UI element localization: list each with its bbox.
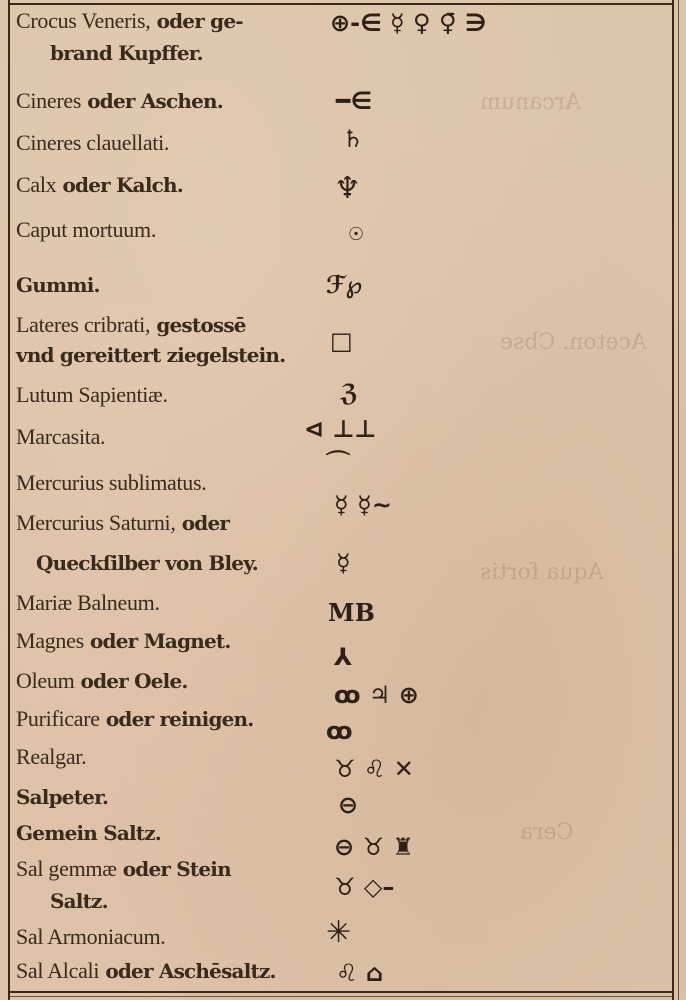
alchemical-symbols-copper: ⊕-∈ ☿ ♀ ♀̄ ∋ [330, 10, 486, 36]
entry-lateres-cribrati-cont: vnd gereittert ziegelstein. [16, 342, 285, 368]
alchemical-symbol-sal-ammoniac: ✳ [326, 920, 351, 946]
entry-latin: Realgar. [16, 744, 86, 769]
entry-sal-alcali: Sal Alcali oder Aschēsaltz. [16, 958, 276, 984]
entry-german: Saltz. [50, 889, 108, 913]
entry-german: oder Aschen. [81, 89, 223, 113]
alchemical-symbols-alkali-salt: ♌ ⌂ [336, 960, 383, 986]
right-border-rule [672, 0, 674, 1000]
entry-german: brand Kupffer. [50, 41, 203, 65]
entry-latin: Marcasita. [16, 424, 105, 449]
alchemical-symbol-sublimate: ⌒ [326, 450, 350, 476]
entry-lateres-cribrati: Lateres cribrati, gestossē [16, 312, 246, 338]
entry-mariae-balneum: Mariæ Balneum. [16, 590, 160, 616]
entry-german: oder Magnet. [84, 629, 231, 653]
entry-german: Queckſilber von Bley. [36, 551, 258, 575]
entry-german: Gemein Saltz. [16, 821, 161, 845]
entry-latin: Sal Alcali [16, 958, 99, 983]
entry-salpeter: Salpeter. [16, 784, 108, 810]
bottom-border-rule-inner [8, 996, 672, 997]
entry-mercurius-saturni-cont: Queckſilber von Bley. [36, 550, 258, 576]
bleed-through-text: Arcanum [480, 90, 581, 115]
entry-mercurius-saturni: Mercurius Saturni, oder [16, 510, 229, 536]
alchemical-symbol-saltpeter: ⊖ [338, 792, 358, 818]
entry-purificare: Purificare oder reinigen. [16, 706, 253, 732]
entry-german: vnd gereittert ziegelstein. [16, 343, 285, 367]
entry-mercurius-sublimatus: Mercurius sublimatus. [16, 470, 206, 496]
entry-latin: Mariæ Balneum. [16, 590, 160, 615]
entry-realgar: Realgar. [16, 744, 86, 770]
alchemical-symbol-quicksilver-lead: ☿ [336, 550, 351, 576]
alchemical-symbol-brick: □ [330, 328, 353, 354]
entry-latin: Mercurius sublimatus. [16, 470, 206, 495]
book-page: Arcanum Aceton. Cbse Aqua fortis Cera Cr… [0, 0, 686, 1000]
alchemical-symbol-lime: ♆ [334, 176, 361, 202]
entry-latin: Cineres clauellati. [16, 130, 169, 155]
left-border-rule [8, 0, 10, 1000]
bleed-through-text: Aqua fortis [480, 560, 603, 585]
entry-calx: Calx oder Kalch. [16, 172, 183, 198]
entry-sal-gemmae-cont: Saltz. [50, 888, 108, 914]
entry-latin: Lateres cribrati, [16, 312, 150, 337]
alchemical-symbol-ashes: ━∈ [336, 88, 372, 114]
entry-german: oder [176, 511, 230, 535]
entry-latin: Sal Armoniacum. [16, 924, 165, 949]
top-border-rule [8, 3, 672, 5]
entry-german: oder Oele. [74, 669, 187, 693]
entry-cineres-clauellati: Cineres clauellati. [16, 130, 169, 156]
entry-cineres: Cineres oder Aschen. [16, 88, 223, 114]
alchemical-symbol-cineres-clauellati: ♄ [342, 126, 364, 152]
entry-latin: Crocus Veneris, [16, 8, 150, 33]
entry-latin: Mercurius Saturni, [16, 510, 176, 535]
entry-latin: Purificare [16, 706, 100, 731]
alchemical-symbols-marcasite: ⊲ ⊥⊥ [304, 416, 376, 442]
entry-oleum: Oleum oder Oele. [16, 668, 188, 694]
right-border-rule-outer [678, 0, 679, 1000]
entry-latin: Calx [16, 172, 56, 197]
bleed-through-text: Aceton. Cbse [500, 330, 647, 355]
entry-sal-armoniacum: Sal Armoniacum. [16, 924, 165, 950]
alchemical-symbols-realgar: ♉ ♌ ✕ [334, 756, 414, 782]
entry-german: gestossē [150, 313, 246, 337]
alchemical-symbols-mercury-of-lead: ☿ ☿~ [334, 492, 392, 518]
entry-gummi: Gummi. [16, 272, 100, 298]
alchemical-symbol-lutum: ℨ [340, 380, 358, 406]
entry-latin: Sal gemmæ [16, 856, 117, 881]
alchemical-symbol-gum: ℱ℘ [326, 272, 362, 298]
bottom-border-rule [8, 991, 672, 993]
alchemical-symbol-caput-mortuum: ☉ [348, 222, 364, 248]
alchemical-symbol-magnet: ⅄ [334, 644, 352, 670]
alchemical-symbol-bain-marie: MB [328, 600, 375, 626]
entry-marcasita: Marcasita. [16, 424, 105, 450]
alchemical-symbols-common-salt: ⊖ ♉ ♜ [334, 834, 414, 860]
entry-german: oder reinigen. [100, 707, 254, 731]
entry-german: Salpeter. [16, 785, 108, 809]
entry-german: oder Aschēsaltz. [99, 959, 276, 983]
alchemical-symbols-rock-salt: ♉ ◇– [334, 874, 394, 900]
entry-german: oder Kalch. [56, 173, 183, 197]
entry-gemein-saltz: Gemein Saltz. [16, 820, 161, 846]
entry-lutum-sapientiae: Lutum Sapientiæ. [16, 382, 168, 408]
entry-magnes: Magnes oder Magnet. [16, 628, 231, 654]
entry-sal-gemmae: Sal gemmæ oder Stein [16, 856, 231, 882]
bleed-through-text: Cera [520, 820, 574, 845]
entry-latin: Cineres [16, 88, 81, 113]
entry-german: oder Stein [117, 857, 231, 881]
entry-crocus-veneris-cont: brand Kupffer. [50, 40, 203, 66]
entry-latin: Caput mortuum. [16, 217, 156, 242]
entry-crocus-veneris: Crocus Veneris, oder ge- [16, 8, 243, 34]
alchemical-symbols-oil: ꝏ ♃ ⊕ [334, 682, 419, 708]
entry-caput-mortuum: Caput mortuum. [16, 217, 156, 243]
entry-latin: Lutum Sapientiæ. [16, 382, 168, 407]
alchemical-symbol-purify: ꝏ [326, 718, 353, 744]
entry-latin: Magnes [16, 628, 84, 653]
entry-german: oder ge- [150, 9, 242, 33]
entry-latin: Oleum [16, 668, 74, 693]
entry-german: Gummi. [16, 273, 100, 297]
